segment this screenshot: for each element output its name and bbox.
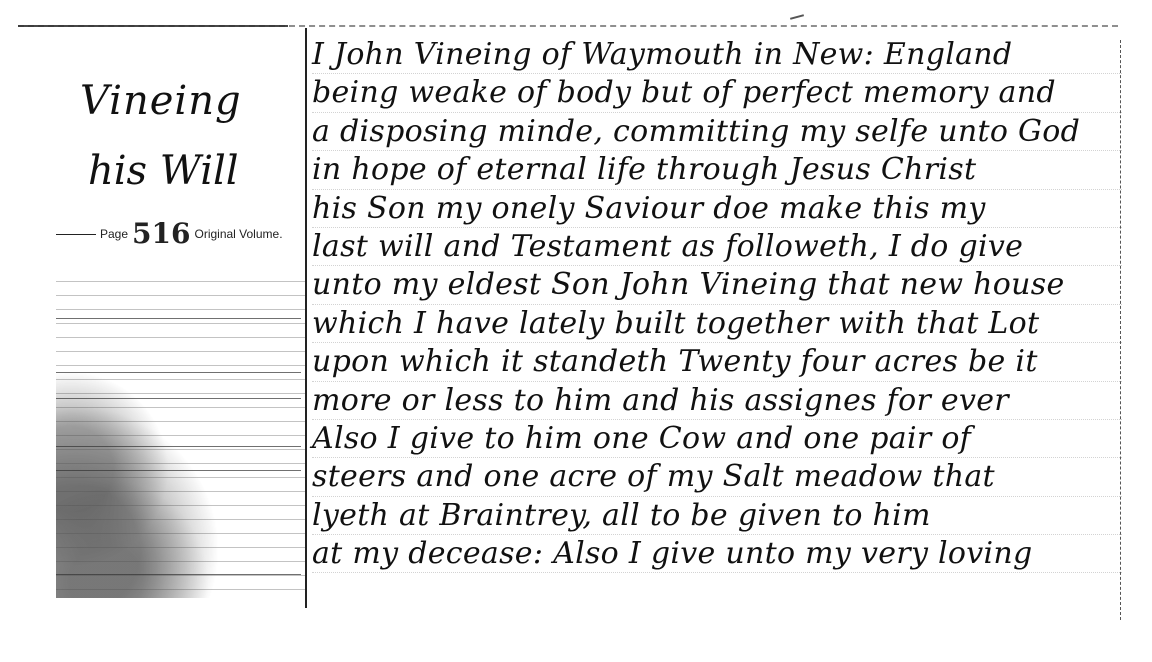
margin-rule — [56, 398, 301, 399]
text-line: last will and Testament as followeth, I … — [312, 228, 1122, 266]
margin-rule — [56, 574, 301, 575]
text-line: a disposing minde, committing my selfe u… — [312, 113, 1122, 151]
text-line: unto my eldest Son John Vineing that new… — [312, 266, 1122, 304]
text-line: steers and one acre of my Salt meadow th… — [312, 458, 1122, 496]
scan-noise — [56, 276, 306, 598]
scan-speck — [790, 14, 804, 20]
volume-label: Original Volume. — [194, 227, 282, 241]
margin-rule — [56, 446, 301, 447]
text-line: more or less to him and his assignes for… — [312, 382, 1122, 420]
page-label: Page — [100, 227, 128, 241]
text-line: I John Vineing of Waymouth in New: Engla… — [312, 36, 1122, 74]
page-ref-dash — [56, 234, 96, 235]
margin-divider-line — [305, 28, 307, 608]
text-line: which I have lately built together with … — [312, 305, 1122, 343]
margin-rule — [56, 372, 301, 373]
text-line: at my decease: Also I give unto my very … — [312, 535, 1122, 573]
text-line: being weake of body but of perfect memor… — [312, 74, 1122, 112]
scanned-document-page: Vineing his Will Page 516 Original Volum… — [0, 0, 1152, 662]
margin-title-name: Vineing — [80, 78, 242, 124]
text-line: his Son my onely Saviour doe make this m… — [312, 190, 1122, 228]
page-number: 516 — [132, 220, 190, 248]
text-line: upon which it standeth Twenty four acres… — [312, 343, 1122, 381]
text-line: in hope of eternal life through Jesus Ch… — [312, 151, 1122, 189]
margin-column: Vineing his Will Page 516 Original Volum… — [56, 26, 306, 598]
page-reference: Page 516 Original Volume. — [56, 220, 306, 248]
margin-rule — [56, 470, 301, 471]
margin-title-subtitle: his Will — [88, 148, 239, 194]
will-body-text: I John Vineing of Waymouth in New: Engla… — [312, 36, 1122, 573]
margin-rule — [56, 318, 301, 319]
text-line: Also I give to him one Cow and one pair … — [312, 420, 1122, 458]
text-line: lyeth at Braintrey, all to be given to h… — [312, 497, 1122, 535]
